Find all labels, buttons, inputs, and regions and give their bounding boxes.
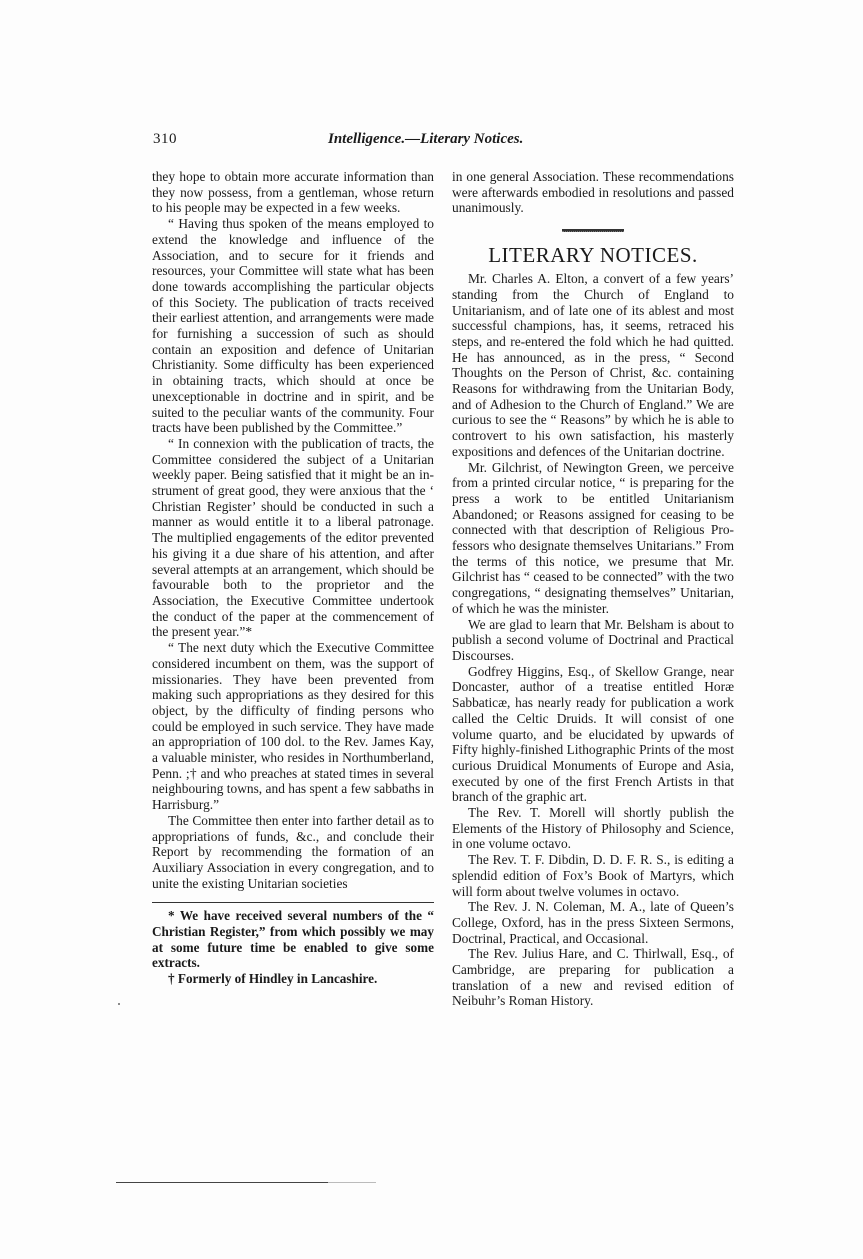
notice-elton: Mr. Charles A. Elton, a convert of a few…: [452, 271, 734, 459]
footnote-asterisk: * We have received several numbers of th…: [152, 908, 434, 971]
notice-belsham: We are glad to learn that Mr. Belsham is…: [452, 617, 734, 664]
notice-coleman: The Rev. J. N. Coleman, M. A., late of Q…: [452, 899, 734, 946]
footnote-dagger: † Formerly of Hindley in Lancashire.: [152, 971, 434, 987]
paragraph: “ In connexion with the publication of t…: [152, 436, 434, 640]
page-number: 310: [153, 131, 177, 148]
section-title: LITERARY NOTICES.: [452, 242, 734, 268]
section-ornament-divider: [562, 229, 624, 232]
left-column: they hope to obtain more accurate infor­…: [152, 169, 434, 987]
paragraph: The Committee then enter into farther de…: [152, 813, 434, 892]
notice-dibdin: The Rev. T. F. Dibdin, D. D. F. R. S., i…: [452, 852, 734, 899]
footnote-divider: [152, 902, 434, 903]
continuation-paragraph: in one general Association. These re­com…: [452, 169, 734, 216]
notice-hare-thirlwall: The Rev. Julius Hare, and C. Thirl­wall,…: [452, 946, 734, 1009]
scan-speck: [118, 1003, 120, 1005]
bottom-rule-fade: [328, 1182, 376, 1183]
right-column: in one general Association. These re­com…: [452, 169, 734, 1009]
notice-gilchrist: Mr. Gilchrist, of Newington Green, we pe…: [452, 460, 734, 617]
paragraph: “ Having thus spoken of the means employ…: [152, 216, 434, 436]
bottom-rule: [116, 1182, 328, 1183]
footnotes: * We have received several numbers of th…: [152, 908, 434, 987]
paragraph: they hope to obtain more accurate infor­…: [152, 169, 434, 216]
notice-morell: The Rev. T. Morell will shortly publish …: [452, 805, 734, 852]
notice-higgins: Godfrey Higgins, Esq., of Skellow Grange…: [452, 664, 734, 805]
running-head: Intelligence.—Literary Notices.: [328, 131, 523, 148]
paragraph: “ The next duty which the Executive Comm…: [152, 640, 434, 813]
